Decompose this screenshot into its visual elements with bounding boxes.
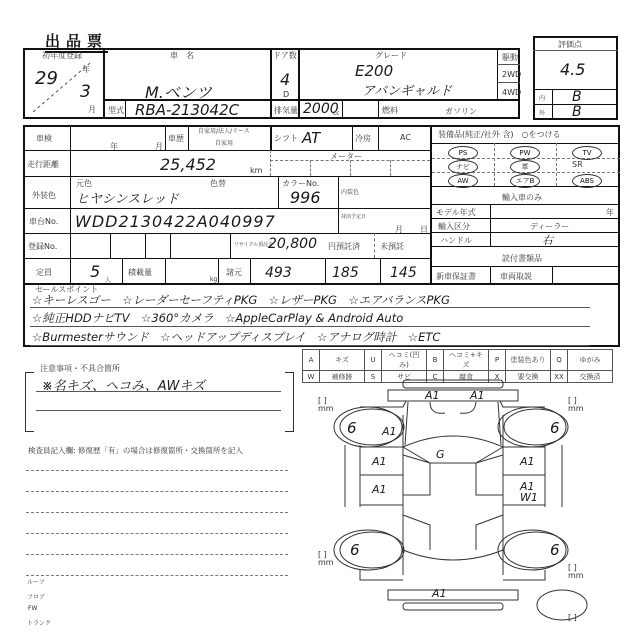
svg-text:mm: mm bbox=[568, 571, 584, 580]
equipment-item: PS bbox=[448, 146, 478, 160]
ac-value: AC bbox=[400, 133, 411, 142]
car-name-value: M.ベンツ bbox=[145, 80, 212, 103]
damage-mark: G bbox=[436, 448, 445, 461]
equipment-item: 革 bbox=[510, 160, 540, 174]
damage-mark: 6 bbox=[350, 541, 360, 559]
capacity-value: 5 bbox=[90, 262, 100, 281]
sales-point-line-1: ☆キーレスゴー ☆レーダーセーフティPKG ☆レザーPKG ☆エアバランスPKG bbox=[32, 292, 450, 308]
doors-label: ドア数 bbox=[273, 50, 297, 61]
displacement-label: 排気量 bbox=[274, 105, 298, 116]
height-value: 145 bbox=[390, 265, 417, 281]
score-value: 4.5 bbox=[560, 60, 585, 79]
fuel-value: ガソリン bbox=[445, 106, 477, 117]
width-value: 185 bbox=[332, 265, 359, 281]
diagonal-divider bbox=[30, 60, 95, 115]
length-value: 493 bbox=[265, 265, 292, 281]
handle-value: 右 bbox=[542, 232, 553, 248]
capacity-label: 定員 bbox=[36, 267, 52, 278]
drive-label: 駆動 bbox=[502, 52, 518, 63]
dimensions-label: 諸元 bbox=[226, 267, 242, 278]
car-damage-diagram: A1A1A1GA1A1A1A1W1A16666 [ ]mm [ ]mm [ ]m… bbox=[300, 375, 600, 625]
notes-label: 注意事項・不具合箇所 bbox=[40, 363, 120, 374]
car-name-label: 車 名 bbox=[170, 50, 194, 61]
score-label: 評価点 bbox=[558, 39, 582, 50]
damage-mark: A1 bbox=[469, 389, 485, 402]
interior-grade: B bbox=[572, 89, 582, 105]
shift-label: シフト bbox=[274, 133, 298, 144]
damage-mark: A1 bbox=[381, 425, 397, 438]
damage-mark: W1 bbox=[520, 491, 538, 504]
doors-value: 4 bbox=[280, 70, 290, 89]
sales-point-line-2: ☆純正HDDナビTV ☆360°カメラ ☆AppleCarPlay & Andr… bbox=[32, 310, 403, 326]
grade-label: グレード bbox=[375, 50, 407, 61]
inspection-label: 車検 bbox=[36, 133, 52, 144]
history-label: 車歴 bbox=[168, 133, 184, 144]
svg-text:[ ]: [ ] bbox=[568, 613, 577, 622]
exterior-grade: B bbox=[572, 104, 582, 120]
damage-mark: A1 bbox=[424, 389, 440, 402]
model-label: 型式 bbox=[108, 105, 124, 116]
mileage-label: 走行距離 bbox=[27, 159, 59, 170]
equipment-item: ABS bbox=[572, 174, 602, 188]
inspector-label: 検査員記入欄: 修復歴「有」の場合は修復箇所・交換箇所を記入 bbox=[28, 445, 243, 456]
import-header: 輸入車のみ bbox=[502, 192, 542, 203]
equipment-label: 装備品(純正/社外 含) ○をつける bbox=[438, 129, 560, 140]
damage-mark: 6 bbox=[550, 419, 560, 437]
damage-mark: A1 bbox=[371, 483, 387, 496]
sales-point-line-3: ☆Burmesterサウンド ☆ヘッドアップディスプレイ ☆アナログ時計 ☆ET… bbox=[32, 329, 440, 345]
recycle-status: 未預託 bbox=[380, 241, 404, 252]
equipment-item: PW bbox=[510, 146, 540, 160]
grade-line2: アバンギャルド bbox=[362, 80, 452, 99]
damage-mark: A1 bbox=[371, 455, 387, 468]
damage-mark: A1 bbox=[431, 587, 447, 600]
svg-text:mm: mm bbox=[318, 404, 334, 413]
svg-text:mm: mm bbox=[568, 404, 584, 413]
chassis-label: 車台No. bbox=[29, 216, 58, 227]
equipment-item: AW bbox=[448, 174, 478, 188]
color-value: ヒヤシンスレッド bbox=[76, 188, 179, 207]
equipment-item: SR bbox=[572, 160, 583, 169]
svg-text:mm: mm bbox=[318, 558, 334, 567]
equipment-item: ナビ bbox=[448, 160, 478, 174]
equipment-item: エアB bbox=[510, 174, 540, 188]
damage-mark: 6 bbox=[347, 419, 357, 437]
grade-line1: E200 bbox=[355, 62, 393, 80]
recycle-value: 20,800 bbox=[268, 236, 317, 252]
color-code: 996 bbox=[290, 188, 321, 207]
damage-mark: 6 bbox=[550, 541, 560, 559]
registration-label: 登録No. bbox=[28, 241, 57, 252]
shift-value: AT bbox=[302, 129, 320, 147]
ac-label: 冷房 bbox=[355, 133, 371, 144]
damage-mark: A1 bbox=[519, 455, 535, 468]
chassis-value: WDD2130422A040997 bbox=[75, 212, 276, 231]
import-type-value: ディーラー bbox=[530, 221, 569, 232]
color-label: 外装色 bbox=[32, 190, 56, 201]
fuel-label: 燃料 bbox=[382, 105, 398, 116]
drive-4wd: 4WD bbox=[502, 88, 521, 97]
model-value: RBA-213042C bbox=[135, 101, 239, 119]
mileage-value: 25,452 bbox=[160, 155, 216, 174]
accessories-header: 読付書類品 bbox=[502, 253, 542, 264]
equipment-item: TV bbox=[572, 146, 602, 160]
drive-2wd: 2WD bbox=[502, 70, 521, 79]
